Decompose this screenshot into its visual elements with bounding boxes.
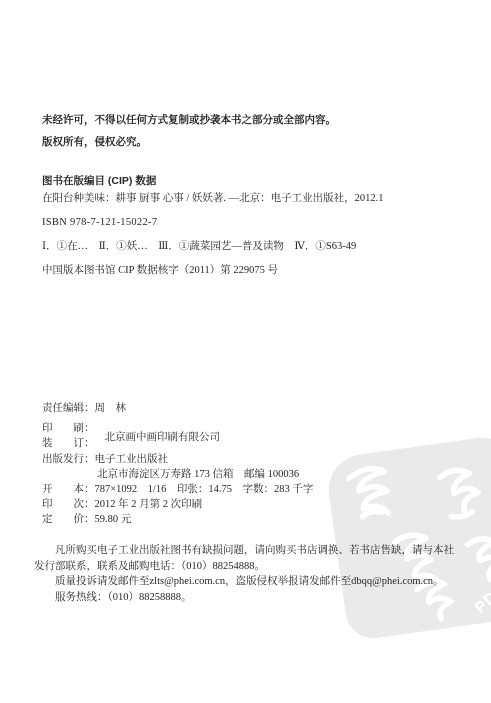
copyright-notice-line-2: 版权所有，侵权必究。 — [42, 131, 336, 153]
pdg-watermark: PDG — [324, 434, 491, 642]
purchase-note: 凡所购买电子工业出版社图书有缺损问题，请向购买书店调换、若书店售缺，请与本社发行… — [34, 543, 458, 574]
editor-value: 周 林 — [95, 403, 127, 414]
complaint-note: 质量投诉请发邮件至zlts@phei.com.cn，盗版侵权举报请发邮件至dbq… — [34, 574, 458, 590]
editor-label: 责任编辑： — [42, 401, 95, 416]
purchase-service-notes: 凡所购买电子工业出版社图书有缺损问题，请向购买书店调换、若书店售缺，请与本社发行… — [34, 543, 458, 606]
publisher-label: 出版发行： — [42, 452, 95, 467]
publication-info: 责任编辑：周 林 印 刷： 装 订： 北京画中画印刷有限公司 出版发行：电子工业… — [42, 401, 313, 528]
binding-label: 装 订： — [42, 436, 95, 451]
book-copyright-page: PDG 未经许可，不得以任何方式复制或抄袭本书之部分或全部内容。 版权所有，侵权… — [0, 0, 491, 703]
isbn-line: ISBN 978-7-121-15022-7 — [42, 217, 384, 229]
print-label: 印 刷： — [42, 421, 95, 436]
publication-row-publisher: 出版发行：电子工业出版社 — [42, 452, 313, 467]
impression-value: 2012 年 2 月第 2 次印刷 — [95, 499, 203, 510]
print-binding-labels: 印 刷： 装 订： — [42, 421, 95, 451]
cip-classification: Ⅰ．①在… Ⅱ．①妖… Ⅲ．①蔬菜园艺—普及读物 Ⅳ．①S63-49 — [42, 241, 384, 253]
seal-glyphs-decoration — [324, 434, 491, 642]
format-value: 787×1092 1/16 印张：14.75 字数：283 千字 — [95, 484, 314, 495]
copyright-notice-line-1: 未经许可，不得以任何方式复制或抄袭本书之部分或全部内容。 — [42, 109, 336, 131]
printer-company: 北京画中画印刷有限公司 — [105, 429, 221, 444]
publisher-value: 电子工业出版社 — [95, 454, 169, 465]
publication-row-print-binding: 印 刷： 装 订： 北京画中画印刷有限公司 — [42, 421, 313, 451]
impression-label: 印 次： — [42, 497, 95, 512]
publisher-address: 北京市海淀区万寿路 173 信箱 邮编 100036 — [42, 467, 313, 482]
publication-row-impression: 印 次：2012 年 2 月第 2 次印刷 — [42, 497, 313, 512]
cip-heading: 图书在版编目 (CIP) 数据 — [42, 175, 384, 187]
service-hotline: 服务热线：（010）88258888。 — [34, 590, 458, 606]
publication-row-format: 开 本：787×1092 1/16 印张：14.75 字数：283 千字 — [42, 482, 313, 497]
cip-registry-number: 中国版本图书馆 CIP 数据核字（2011）第 229075 号 — [42, 265, 384, 277]
format-label: 开 本： — [42, 482, 95, 497]
copyright-notice: 未经许可，不得以任何方式复制或抄袭本书之部分或全部内容。 版权所有，侵权必究。 — [42, 109, 336, 153]
publication-row-editor: 责任编辑：周 林 — [42, 401, 313, 416]
cip-block: 图书在版编目 (CIP) 数据 在阳台种美味：耕事 厨事 心事 / 妖妖著. —… — [42, 175, 384, 277]
cip-record: 在阳台种美味：耕事 厨事 心事 / 妖妖著. —北京：电子工业出版社，2012.… — [42, 193, 384, 205]
price-value: 59.80 元 — [95, 514, 132, 525]
price-label: 定 价： — [42, 512, 95, 527]
publication-row-price: 定 价：59.80 元 — [42, 512, 313, 527]
